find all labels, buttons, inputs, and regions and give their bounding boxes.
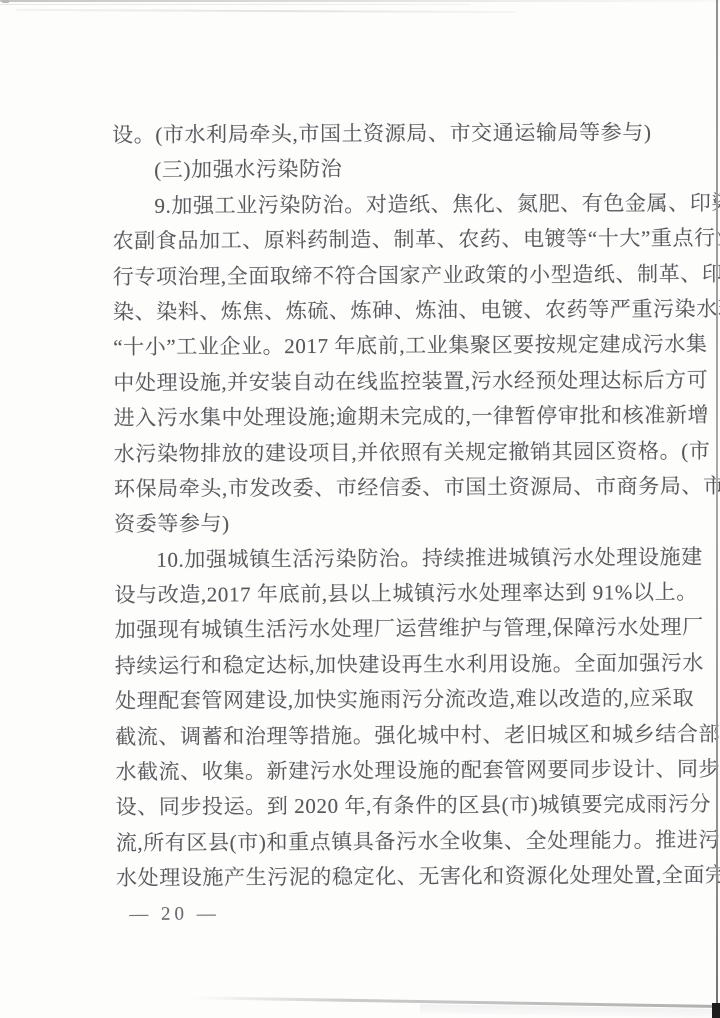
scan-artifact-right-edge-line — [716, 0, 718, 1018]
text-line: 行专项治理,全面取缔不符合国家产业政策的小型造纸、制革、印 — [113, 257, 661, 295]
scan-artifact-bottom-right-mark — [712, 1003, 720, 1018]
scan-artifact-top-streak — [0, 4, 470, 5]
text-line: 资委等参与) — [114, 504, 662, 542]
page-number: — 20 — — [129, 898, 664, 929]
text-line: 截流、调蓄和治理等措施。强化城中村、老旧城区和城乡结合部污 — [115, 717, 663, 755]
text-line: 加强现有城镇生活污水处理厂运营维护与管理,保障污水处理厂 — [115, 611, 663, 649]
text-line: 流,所有区县(市)和重点镇具备污水全收集、全处理能力。推进污 — [116, 823, 664, 861]
text-line: 10.加强城镇生活污染防治。持续推进城镇污水处理设施建 — [114, 540, 662, 578]
text-line: 农副食品加工、原料药制造、制革、农药、电镀等“十大”重点行业进 — [113, 221, 661, 259]
text-line: “十小”工业企业。2017 年底前,工业集聚区要按规定建成污水集 — [113, 327, 661, 365]
text-line: 设。(市水利局牵头,市国土资源局、市交通运输局等参与) — [112, 115, 660, 153]
text-line: 进入污水集中处理设施;逾期未完成的,一律暂停审批和核准新增 — [113, 398, 661, 436]
document-body: 设。(市水利局牵头,市国土资源局、市交通运输局等参与)(三)加强水污染防治9.加… — [112, 115, 664, 896]
scanned-page: 设。(市水利局牵头,市国土资源局、市交通运输局等参与)(三)加强水污染防治9.加… — [0, 0, 720, 1018]
text-line: 中处理设施,并安装自动在线监控装置,污水经预处理达标后方可 — [113, 363, 661, 401]
text-line: (三)加强水污染防治 — [112, 151, 660, 189]
text-line: 9.加强工业污染防治。对造纸、焦化、氮肥、有色金属、印染、 — [112, 186, 660, 224]
text-line: 持续运行和稳定达标,加快建设再生水利用设施。全面加强污水 — [115, 646, 663, 684]
text-line: 设、同步投运。到 2020 年,有条件的区县(市)城镇要完成雨污分 — [116, 788, 664, 826]
text-line: 染、染料、炼焦、炼硫、炼砷、炼油、电镀、农药等严重污染水环境的 — [113, 292, 661, 330]
text-line: 处理配套管网建设,加快实施雨污分流改造,难以改造的,应采取 — [115, 681, 663, 719]
document-text-block: 设。(市水利局牵头,市国土资源局、市交通运输局等参与)(三)加强水污染防治9.加… — [112, 115, 664, 928]
text-line: 设与改造,2017 年底前,县以上城镇污水处理率达到 91%以上。 — [114, 575, 662, 613]
text-line: 水污染物排放的建设项目,并依照有关规定撤销其园区资格。(市 — [114, 434, 662, 472]
scan-artifact-top-streak — [0, 0, 720, 2]
text-line: 环保局牵头,市发改委、市经信委、市国土资源局、市商务局、市国 — [114, 469, 662, 507]
text-line: 水处理设施产生污泥的稳定化、无害化和资源化处理处置,全面完 — [116, 858, 664, 896]
scan-artifact-corner-dot — [2, 0, 9, 3]
scan-artifact-top-streak — [16, 9, 516, 13]
text-line: 水截流、收集。新建污水处理设施的配套管网要同步设计、同步建 — [115, 752, 663, 790]
